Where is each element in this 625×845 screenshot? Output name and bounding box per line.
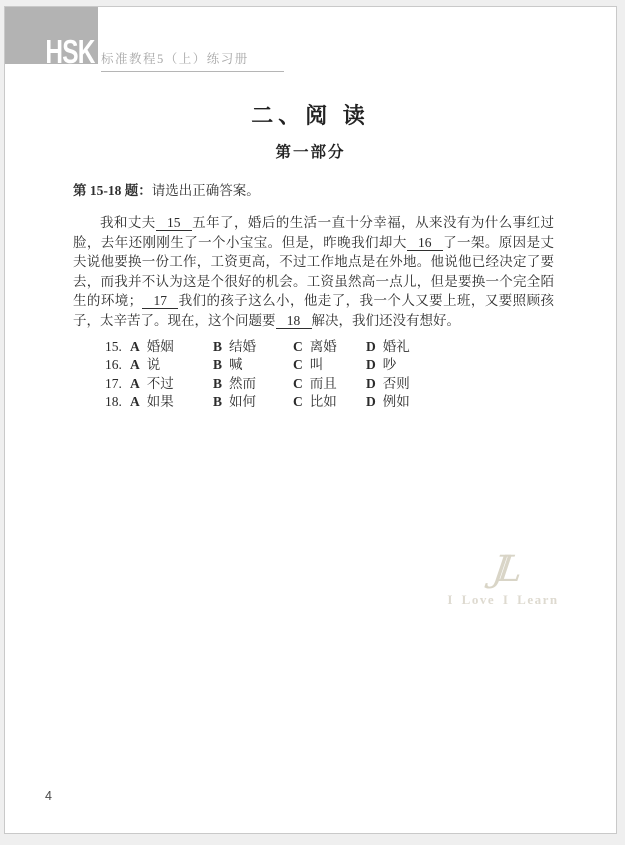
question-number: 18. (105, 393, 130, 411)
option-text: 喊 (229, 357, 243, 372)
section-title: 二、阅 读 (5, 103, 616, 129)
option-text: 不过 (147, 376, 174, 391)
option-text: 如何 (229, 394, 256, 409)
option-text: 说 (147, 357, 161, 372)
watermark-caption: I Love I Learn (428, 592, 578, 608)
question-row: 18.A如果B如何C比如D例如 (105, 393, 616, 411)
page-content: 二、阅 读 第一部分 第 15-18 题：请选出正确答案。 我和丈夫15五年了，… (5, 7, 616, 411)
option-d: D否则 (366, 375, 410, 393)
question-row: 16.A说B喊C叫D吵 (105, 356, 616, 374)
option-label: B (213, 357, 222, 372)
question-number: 15. (105, 338, 130, 356)
option-label: A (130, 394, 140, 409)
option-label: D (366, 394, 376, 409)
page-number: 4 (45, 789, 52, 803)
option-label: D (366, 339, 376, 354)
option-d: D例如 (366, 393, 410, 411)
passage-blank-15: 15 (156, 215, 192, 231)
instructions-text: 请选出正确答案。 (152, 183, 260, 198)
option-label: C (293, 357, 303, 372)
option-label: C (293, 376, 303, 391)
passage-text: 我和丈夫 (100, 215, 156, 230)
option-label: D (366, 357, 376, 372)
option-label: D (366, 376, 376, 391)
option-text: 例如 (383, 394, 410, 409)
option-c: C叫 (293, 356, 366, 374)
option-text: 叫 (310, 357, 324, 372)
option-text: 比如 (310, 394, 337, 409)
question-number: 16. (105, 356, 130, 374)
question-number: 17. (105, 375, 130, 393)
instructions-prefix: 第 15-18 题： (73, 183, 152, 198)
options-list: 15.A婚姻B结婚C离婚D婚礼16.A说B喊C叫D吵17.A不过B然而C而且D否… (105, 338, 616, 411)
option-text: 而且 (310, 376, 337, 391)
option-text: 婚礼 (383, 339, 410, 354)
option-label: A (130, 339, 140, 354)
watermark: JL I Love I Learn (428, 550, 578, 608)
option-a: A如果 (130, 393, 213, 411)
option-label: A (130, 357, 140, 372)
option-label: C (293, 339, 303, 354)
option-b: B然而 (213, 375, 293, 393)
passage-blank-18: 18 (276, 313, 312, 329)
option-c: C比如 (293, 393, 366, 411)
option-a: A婚姻 (130, 338, 213, 356)
question-row: 17.A不过B然而C而且D否则 (105, 375, 616, 393)
instructions: 第 15-18 题：请选出正确答案。 (73, 182, 552, 200)
option-b: B结婚 (213, 338, 293, 356)
option-text: 结婚 (229, 339, 256, 354)
option-text: 吵 (383, 357, 397, 372)
option-text: 离婚 (310, 339, 337, 354)
option-text: 如果 (147, 394, 174, 409)
option-b: B喊 (213, 356, 293, 374)
option-a: A不过 (130, 375, 213, 393)
question-row: 15.A婚姻B结婚C离婚D婚礼 (105, 338, 616, 356)
option-d: D婚礼 (366, 338, 410, 356)
watermark-monogram-icon: JL (425, 550, 581, 590)
passage-text: 解决，我们还没有想好。 (312, 313, 461, 328)
option-text: 否则 (383, 376, 410, 391)
workbook-page: HSK 标准教程5（上）练习册 二、阅 读 第一部分 第 15-18 题：请选出… (4, 6, 617, 834)
option-text: 婚姻 (147, 339, 174, 354)
option-label: B (213, 339, 222, 354)
section-subtitle: 第一部分 (5, 144, 616, 162)
option-label: B (213, 376, 222, 391)
option-a: A说 (130, 356, 213, 374)
option-text: 然而 (229, 376, 256, 391)
option-c: C而且 (293, 375, 366, 393)
option-label: C (293, 394, 303, 409)
option-label: A (130, 376, 140, 391)
option-d: D吵 (366, 356, 396, 374)
passage: 我和丈夫15五年了，婚后的生活一直十分幸福，从来没有为什么事红过脸，去年还刚刚生… (73, 213, 554, 330)
passage-blank-16: 16 (407, 235, 443, 251)
option-c: C离婚 (293, 338, 366, 356)
passage-blank-17: 17 (142, 293, 178, 309)
option-label: B (213, 394, 222, 409)
option-b: B如何 (213, 393, 293, 411)
